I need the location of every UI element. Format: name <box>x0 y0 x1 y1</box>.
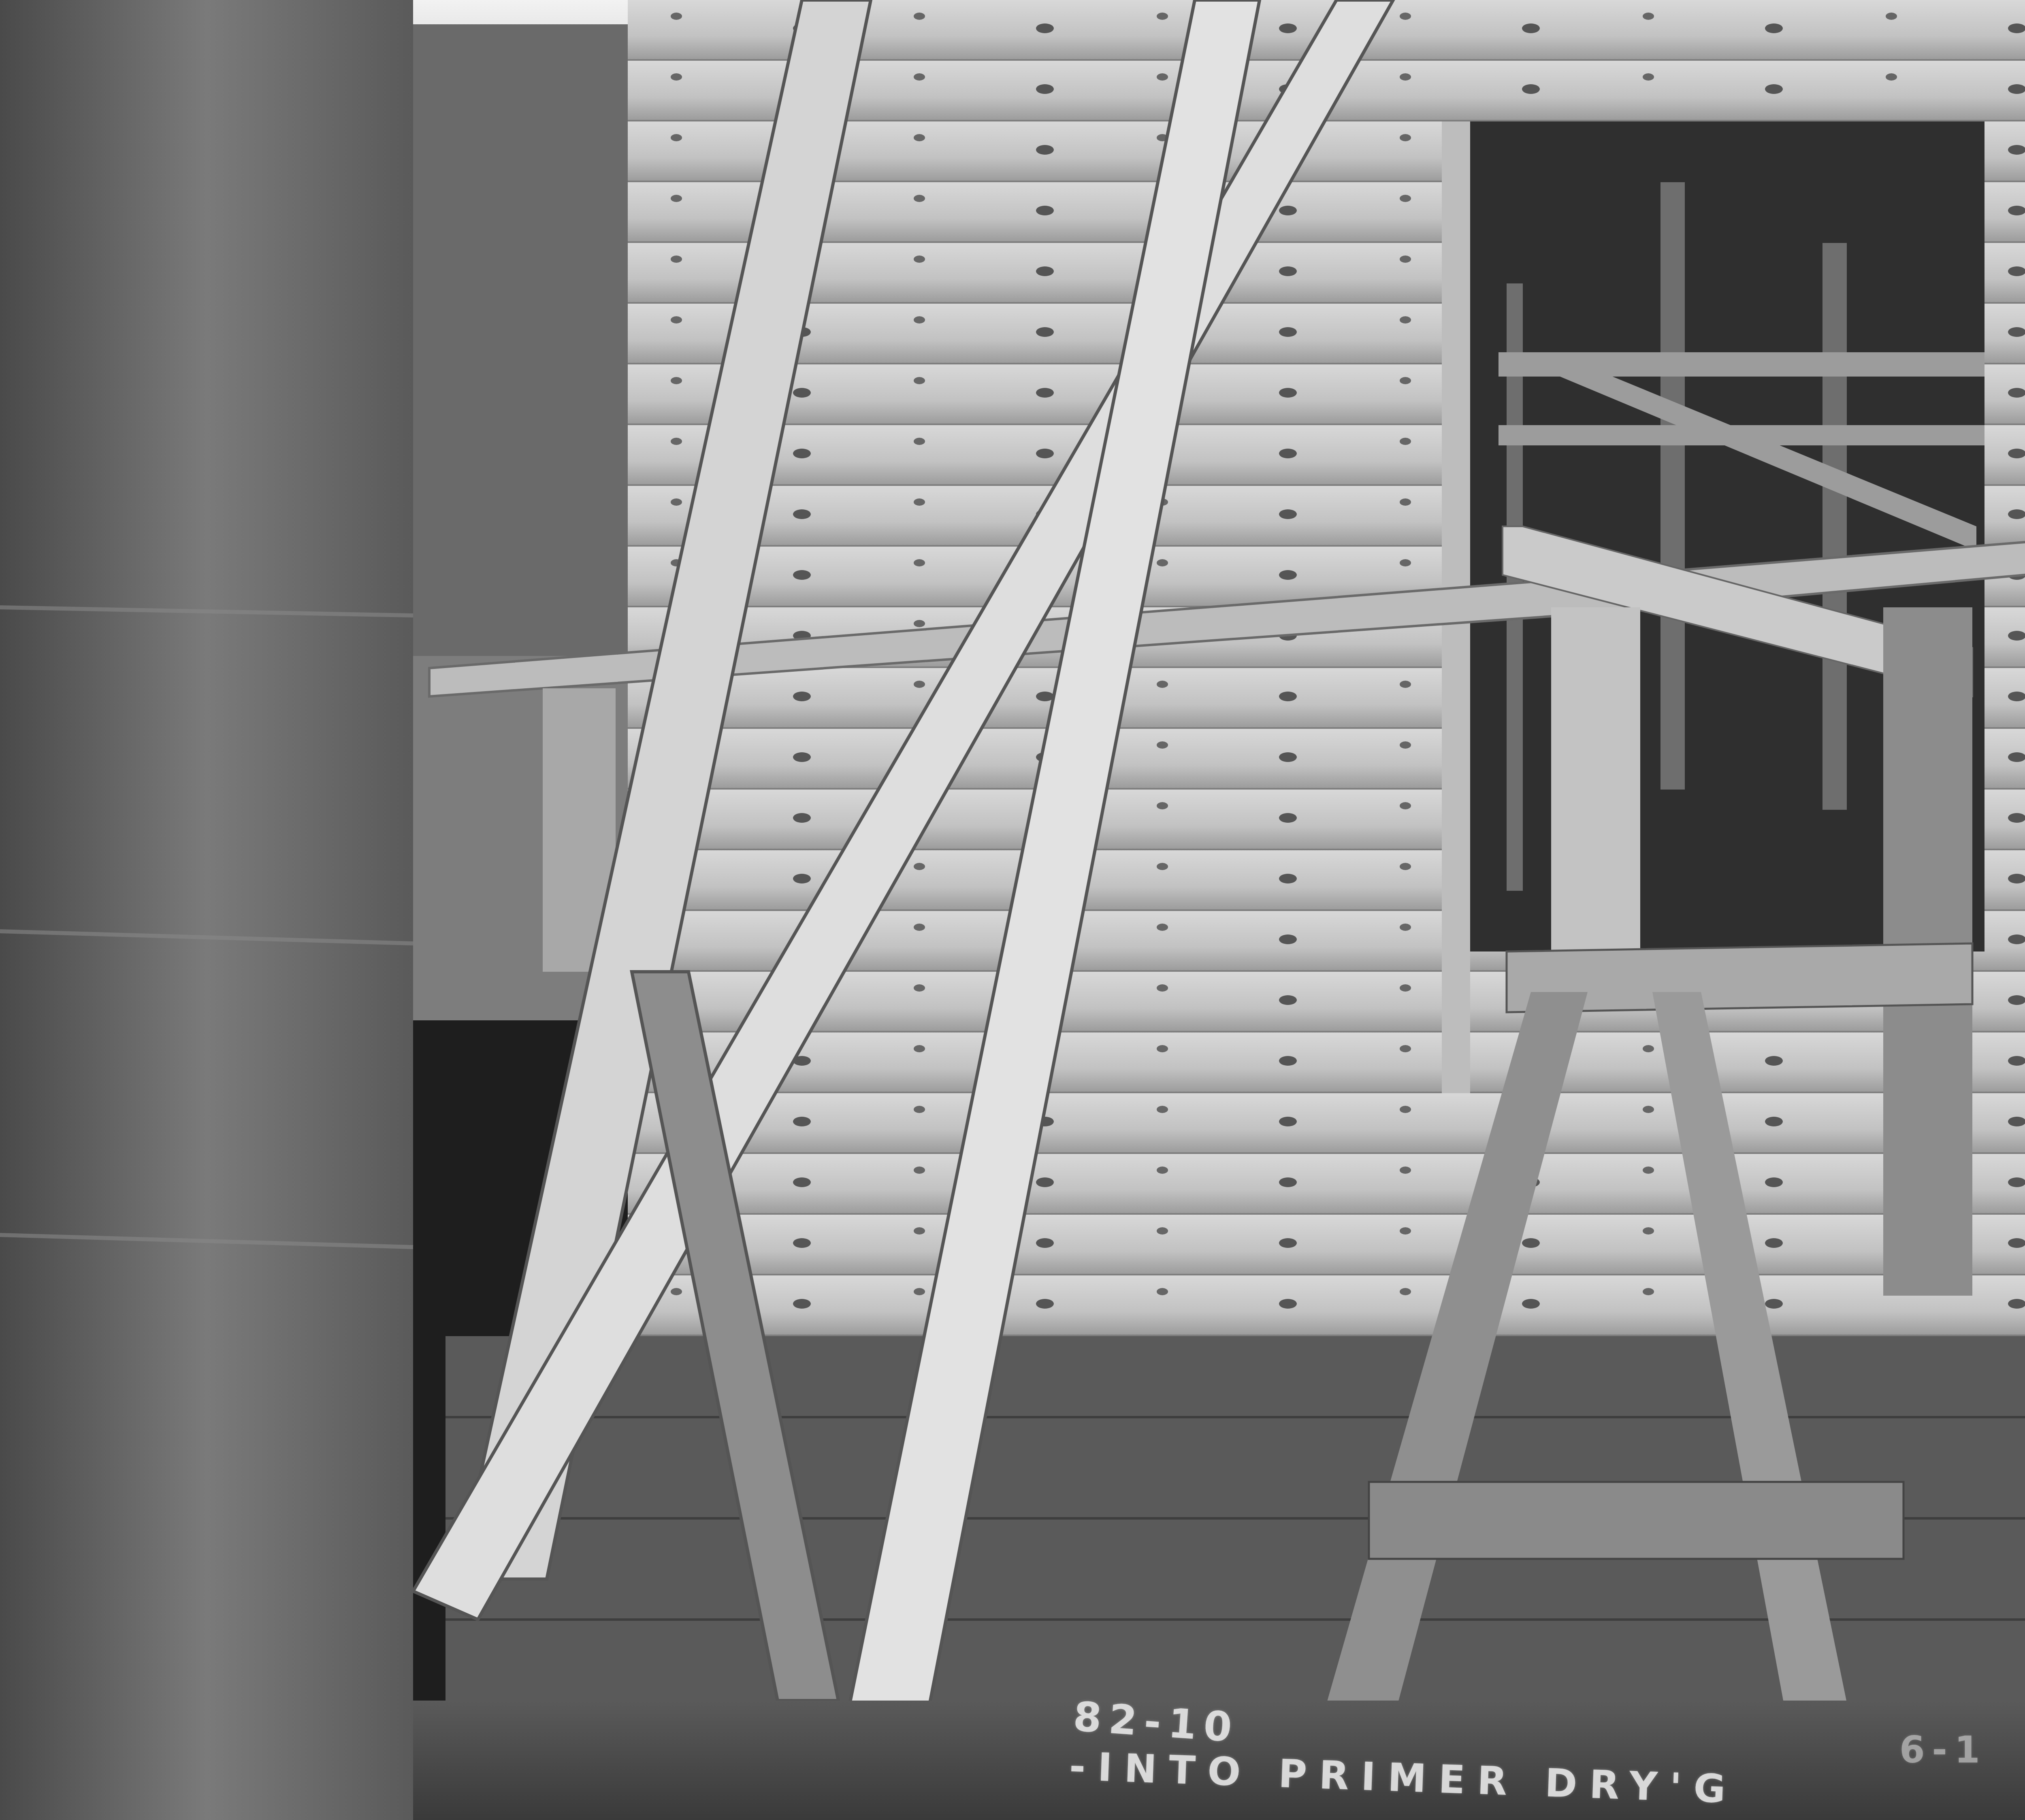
back-concrete-wall <box>409 24 628 656</box>
left-concrete-column <box>0 0 413 1820</box>
right-mark-annotation: 6-1 <box>1899 1729 1987 1771</box>
construction-photograph <box>0 0 2025 1820</box>
